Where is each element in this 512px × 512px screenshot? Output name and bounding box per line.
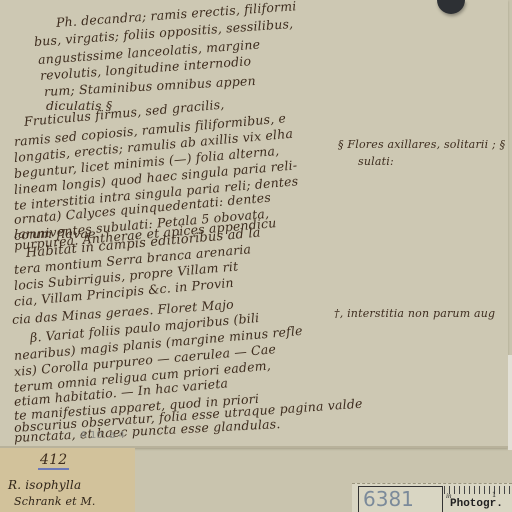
photo-stamp: 6381 in 1 Photogr. <box>352 483 512 512</box>
stamp-divider <box>442 486 443 512</box>
label-author: Schrank et M. <box>14 495 96 508</box>
sheet-edge <box>508 355 512 450</box>
stamp-number: 6381 <box>358 486 443 512</box>
marginal-note: †, interstitia non parum aug <box>334 307 495 320</box>
label-species: R. isophylla <box>8 478 81 492</box>
ruler-scale <box>444 486 512 498</box>
manuscript-sheet: Ph. decandra; ramis erectis, filiformi b… <box>0 0 508 448</box>
text-line: larum flavae. <box>14 226 100 241</box>
stamp-label: Photogr. <box>450 498 503 510</box>
marginal-note: § Flores axillares, solitarii ; § <box>338 138 505 151</box>
pencil-annotation: A 10. a 4 <box>80 430 125 441</box>
label-number: 412 <box>38 452 69 470</box>
marginal-note: sulati: <box>358 155 394 168</box>
